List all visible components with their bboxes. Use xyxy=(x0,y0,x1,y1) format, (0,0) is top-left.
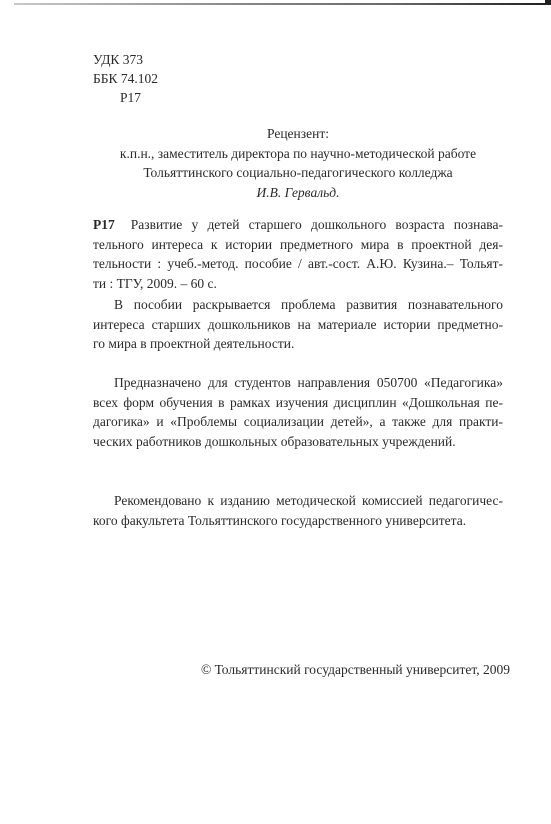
author-mark: Р17 xyxy=(93,88,158,107)
biblio-line: тельности : учеб.-метод. пособие / авт.-… xyxy=(93,254,503,274)
text-line: Рекомендовано к изданию методической ком… xyxy=(93,491,503,511)
biblio-code: Р17 xyxy=(93,217,115,232)
reviewer-organization: Тольяттинского социально-педагогического… xyxy=(93,163,503,183)
scan-edge-top xyxy=(14,3,551,5)
text-line: ческих работников дошкольных образовател… xyxy=(93,432,503,452)
reviewer-heading: Рецензент: xyxy=(93,124,503,144)
biblio-line: тельного интереса к истории предметного … xyxy=(93,235,503,255)
scan-edge-corner xyxy=(545,0,551,5)
copyright-notice: © Тольяттинский государственный универси… xyxy=(130,660,510,679)
annotation-paragraph-2: Предназначено для студентов направления … xyxy=(93,373,503,451)
text-line: В пособии раскрывается проблема развития… xyxy=(93,295,503,315)
classification-codes: УДК 373 ББК 74.102 Р17 xyxy=(93,50,158,107)
text-line: дагогика» и «Проблемы социализации детей… xyxy=(93,412,503,432)
udk-code: УДК 373 xyxy=(93,50,158,69)
text-line: всех форм обучения в рамках изучения дис… xyxy=(93,393,503,413)
bbk-code: ББК 74.102 xyxy=(93,69,158,88)
bibliographic-entry: Р17Развитие у детей старшего дошкольного… xyxy=(93,215,503,293)
text-line: го мира в проектной деятельности. xyxy=(93,334,503,354)
biblio-line: ти : ТГУ, 2009. – 60 с. xyxy=(93,274,503,294)
text-line: кого факультета Тольяттинского государст… xyxy=(93,511,503,531)
text-line: интереса старших дошкольников на материа… xyxy=(93,315,503,335)
biblio-line: Р17Развитие у детей старшего дошкольного… xyxy=(93,215,503,235)
annotation-paragraph-1: В пособии раскрывается проблема развития… xyxy=(93,295,503,354)
reviewer-block: Рецензент: к.п.н., заместитель директора… xyxy=(93,124,503,202)
reviewer-name: И.В. Гервальд. xyxy=(93,183,503,203)
recommendation-paragraph: Рекомендовано к изданию методической ком… xyxy=(93,491,503,530)
reviewer-position: к.п.н., заместитель директора по научно-… xyxy=(93,144,503,164)
text-line: Предназначено для студентов направления … xyxy=(93,373,503,393)
